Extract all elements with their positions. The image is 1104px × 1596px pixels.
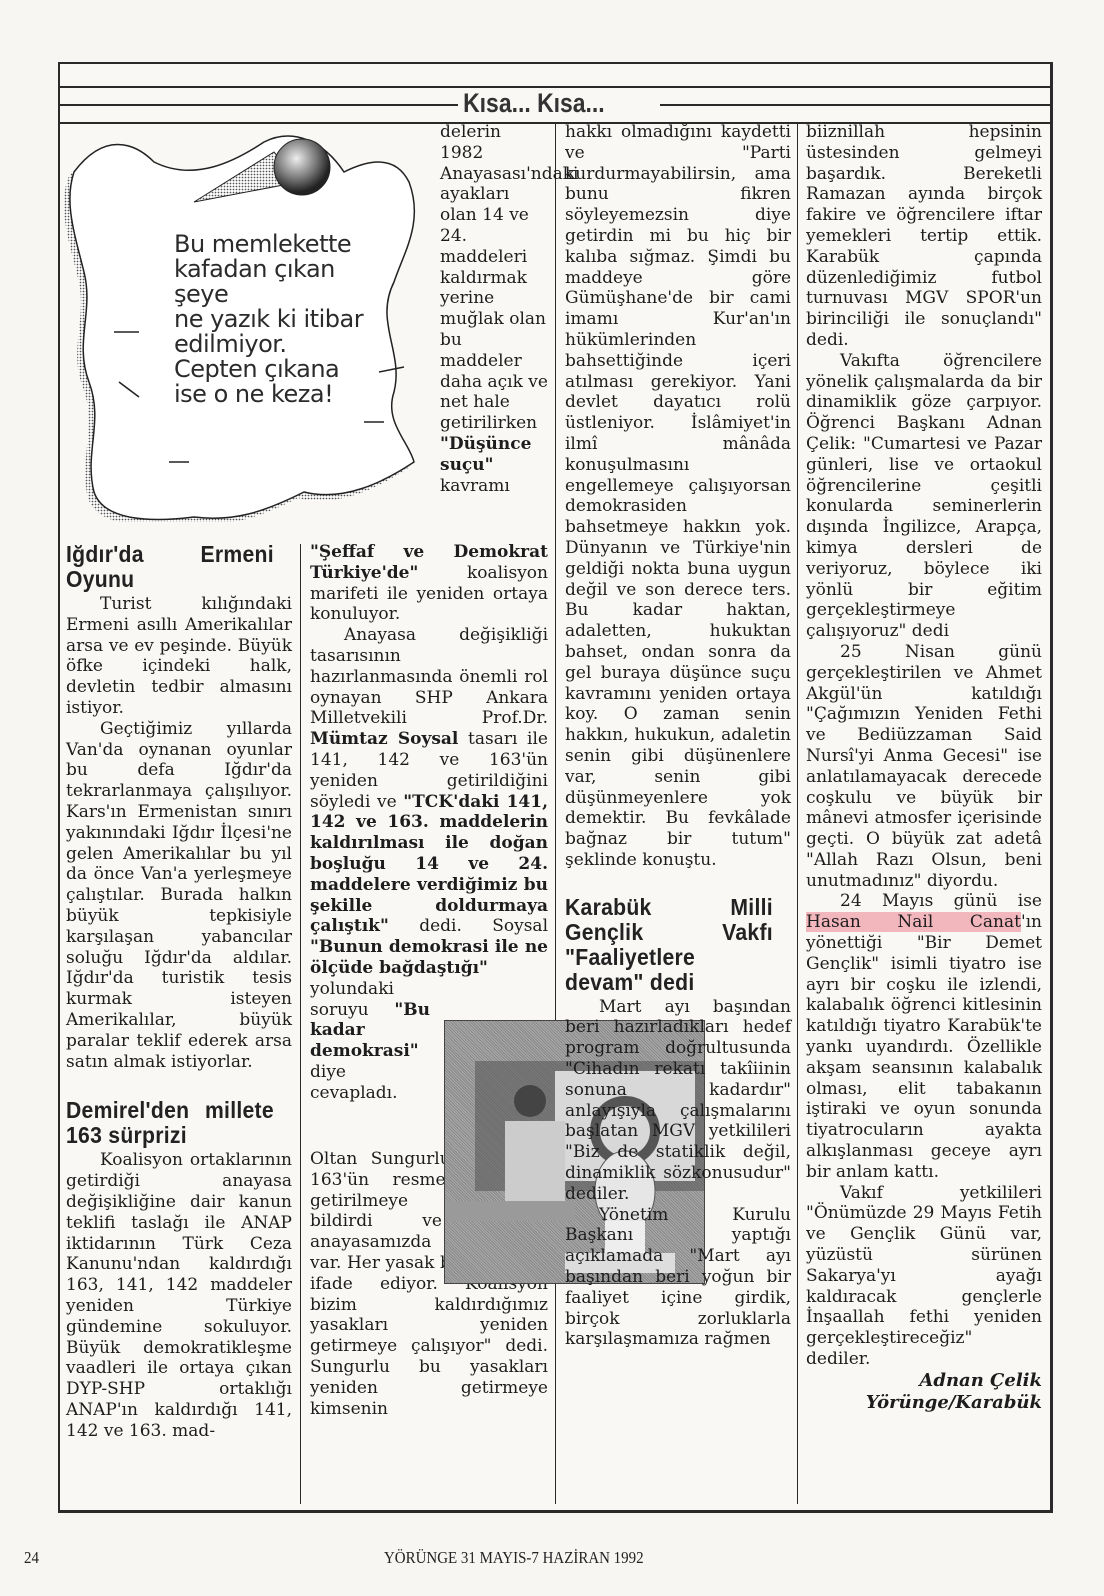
column-divider bbox=[555, 124, 556, 1504]
article-text: diye cevapladı. bbox=[310, 1062, 398, 1103]
article-paragraph: Koalisyon ortaklarının getirdiği anayasa… bbox=[66, 1150, 292, 1441]
headline-igdir: Iğdır'da Ermeni Oyunu bbox=[66, 542, 274, 592]
article-text: 24 Mayıs günü ise bbox=[840, 891, 1042, 911]
person-name: Mümtaz Soysal bbox=[310, 729, 458, 749]
section-title: Kısa... Kısa... bbox=[458, 88, 610, 119]
cartoon-line: ne yazık ki itibar bbox=[174, 307, 363, 332]
bold-quote: "Bunun demokrasi ile ne ölçüde bağdaştığ… bbox=[310, 937, 548, 978]
article-paragraph: Geçtiğimiz yıllarda Van'da oynanan oyunl… bbox=[66, 719, 292, 1073]
headline-demirel: Demirel'den millete 163 sürprizi bbox=[66, 1098, 274, 1148]
section-masthead: Kısa... Kısa... bbox=[60, 86, 1050, 124]
page-number: 24 bbox=[24, 1548, 39, 1568]
article-text: Anayasa değişikliği tasarısının hazırlan… bbox=[310, 625, 548, 728]
article-text: yolundaki soruyu bbox=[310, 979, 394, 1020]
cartoon-line: ise o ne keza! bbox=[174, 382, 363, 407]
article-paragraph: Anayasa değişikliği tasarısının hazırlan… bbox=[310, 625, 548, 979]
bold-quote: "Düşünce suçu" bbox=[440, 434, 531, 475]
article-text: kavramı bbox=[440, 476, 510, 496]
text-wrap-block: yolundaki soruyu "Bu kadar demokrasi" di… bbox=[310, 979, 430, 1104]
column-4: biiznillah hepsinin üstesinden gelmeyi b… bbox=[806, 122, 1042, 1414]
text-wrap-block: Mart ayı başından beri hazırladıkları he… bbox=[565, 997, 791, 1205]
article-paragraph: Vakıf yetkilileri "Önümüzde 29 Mayıs Fet… bbox=[806, 1183, 1042, 1370]
article-paragraph: hakkı olmadığını kaydetti ve "Parti kurd… bbox=[565, 122, 791, 871]
article-paragraph: biiznillah hepsinin üstesinden gelmeyi b… bbox=[806, 122, 1042, 351]
article-paragraph: Turist kılığındaki Ermeni asıllı Amerika… bbox=[66, 594, 292, 719]
masthead-rule-right bbox=[660, 104, 1050, 106]
masthead-rule-left bbox=[60, 104, 460, 106]
column-divider bbox=[300, 544, 301, 1504]
column-divider bbox=[797, 124, 798, 1504]
bold-quote: "TCK'daki 141, 142 ve 163. maddelerin ka… bbox=[310, 792, 548, 937]
cartoon-illustration: Bu memlekette kafadan çıkan şeye ne yazı… bbox=[64, 122, 432, 522]
column-3: hakkı olmadığını kaydetti ve "Parti kurd… bbox=[565, 122, 791, 1350]
column-1: Iğdır'da Ermeni Oyunu Turist kılığındaki… bbox=[66, 542, 292, 1441]
article-paragraph: Vakıfta öğrencilere yönelik çalışmalarda… bbox=[806, 351, 1042, 642]
cartoon-line: kafadan çıkan bbox=[174, 257, 363, 282]
column-2-top: delerin 1982 Anayasası'ndaki ayakları ol… bbox=[440, 122, 548, 496]
cartoon-line: edilmiyor. bbox=[174, 332, 363, 357]
article-paragraph: 25 Nisan günü gerçekleştirilen ve Ahmet … bbox=[806, 642, 1042, 892]
cartoon-line: şeye bbox=[174, 282, 363, 307]
cartoon-caption: Bu memlekette kafadan çıkan şeye ne yazı… bbox=[174, 232, 363, 407]
publication-footer: YÖRÜNGE 31 MAYIS-7 HAZİRAN 1992 bbox=[384, 1548, 644, 1568]
article-paragraph: 24 Mayıs günü ise Hasan Nail Canat'ın yö… bbox=[806, 891, 1042, 1182]
article-text: dedi. Soysal bbox=[419, 916, 548, 936]
cartoon-line: Bu memlekette bbox=[174, 232, 363, 257]
article-text: delerin 1982 Anayasası'ndaki ayakları ol… bbox=[440, 122, 579, 433]
article-paragraph: Yönetim Kurulu Başkanı yaptığı açıklamad… bbox=[565, 1205, 791, 1351]
article-paragraph: delerin 1982 Anayasası'ndaki ayakları ol… bbox=[440, 122, 548, 496]
cartoon-line: Cepten çıkana bbox=[174, 357, 363, 382]
article-paragraph: "Şeffaf ve Demokrat Türkiye'de" koalisyo… bbox=[310, 542, 548, 625]
author-signature: Adnan Çelik bbox=[806, 1370, 1042, 1392]
article-text: 'ın yönettiği "Bir Demet Gençlik" isimli… bbox=[806, 912, 1042, 1182]
headline-karabuk: Karabük Milli Gençlik Vakfı "Faaliyetler… bbox=[565, 895, 773, 995]
article-paragraph: Mart ayı başından beri hazırladıkları he… bbox=[565, 997, 791, 1205]
highlighted-name: Hasan Nail Canat bbox=[806, 912, 1021, 932]
author-location: Yörünge/Karabük bbox=[806, 1392, 1042, 1414]
page-frame: Kısa... Kısa... Bu memlekette kafadan çı… bbox=[58, 62, 1053, 1513]
